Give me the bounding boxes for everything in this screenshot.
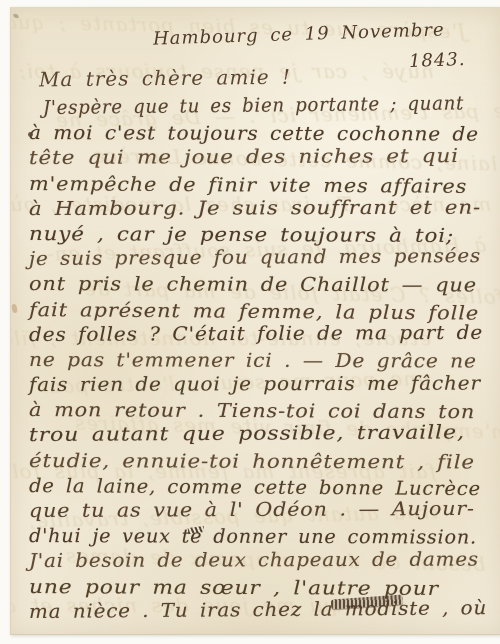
letter-line: m'empêche de finir vite mes affaires (29, 173, 491, 198)
letter-line: de la laine, comme cette bonne Lucrèce (29, 475, 491, 500)
letter-line: à moi c'est toujours cette cochonne de (29, 122, 491, 147)
letter-line: trou autant que possible, travaille, (29, 424, 491, 449)
letter-body: J'espère que tu es bien portante ; quant… (29, 97, 491, 626)
letter-line: que tu as vue à l' Odéon . — Aujour- (29, 500, 491, 525)
letter-line: ont pris le chemin de Chaillot — que (29, 273, 491, 298)
ink-speck (11, 304, 18, 314)
letter-line: je suis presque fou quand mes pensées (29, 248, 491, 273)
letter-line: tête qui me joue des niches et qui (29, 147, 491, 172)
letter-line: fait aprésent ma femme, la plus folle (29, 299, 491, 324)
salutation: Ma très chère amie ! (39, 65, 291, 92)
letter-line: à Hambourg. Je suis souffrant et en- (29, 198, 491, 223)
letter-line: d'hui je veux te donner une commission. (29, 525, 491, 550)
letter-line: des folles ? C'était folie de ma part de (29, 324, 491, 349)
letter-line: J'espère que tu es bien portante ; quant (29, 97, 491, 122)
letter-page: J'espère que tu es bien portante ; quant… (10, 7, 500, 635)
letter-line: J'ai besoin de deux chapeaux de dames (29, 550, 491, 575)
letter-line: fais rien de quoi je pourrais me fâcher (29, 374, 491, 399)
ink-speck (28, 132, 33, 137)
letter-line: nuyé , car je pense toujours à toi; (29, 223, 491, 248)
letter-line: ma nièce . Tu iras chez la modiste , où (29, 601, 491, 626)
ink-speck (12, 13, 19, 19)
scan-background: J'espère que tu es bien portante ; quant… (0, 0, 500, 644)
letter-line: ne pas t'emmener ici . — De grâce ne (29, 349, 491, 374)
dateline-year: 1843. (409, 49, 466, 72)
letter-line: étudie, ennuie-toi honnêtement , file (29, 450, 491, 475)
dateline: Hambourg ce 19 Novembre (153, 19, 445, 49)
